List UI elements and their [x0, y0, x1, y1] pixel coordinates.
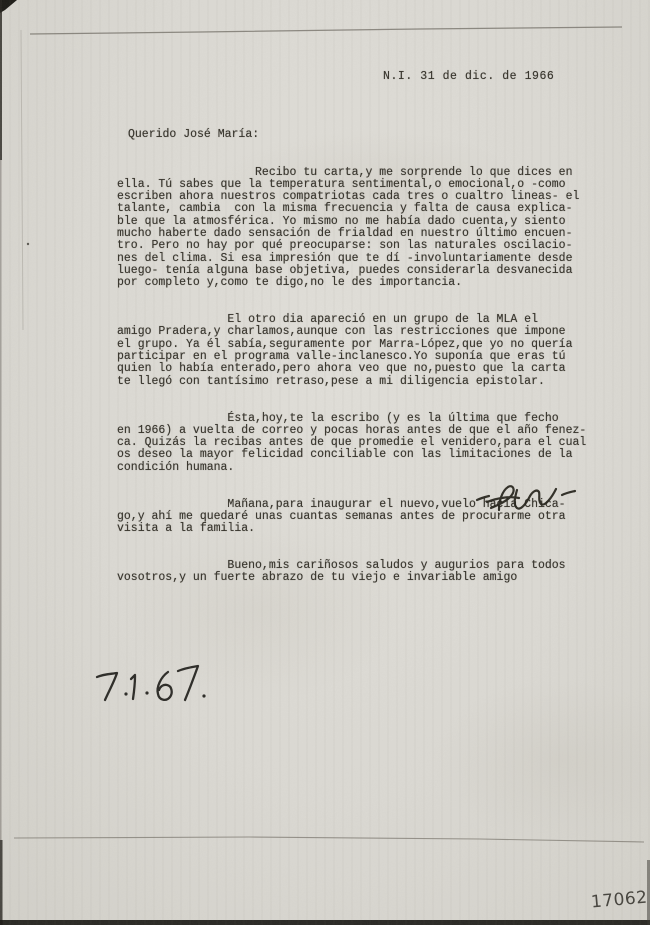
top-left-corner-mark	[0, 0, 17, 13]
letter-dateline: N.I. 31 de dic. de 1966	[383, 71, 554, 83]
letter-paragraph-2: El otro dia apareció en un grupo de la M…	[117, 314, 586, 388]
paper-stain	[430, 680, 650, 840]
handwritten-date-strokes	[90, 660, 215, 708]
dot	[124, 692, 127, 695]
letter-paragraph-5: Bueno,mis cariñosos saludos y augurios p…	[117, 560, 586, 585]
digit-7-stroke	[178, 666, 198, 700]
digit-7-stroke	[97, 673, 117, 700]
digit-1-stroke	[131, 675, 135, 699]
left-edge-shadow	[0, 840, 3, 925]
dot	[202, 694, 205, 697]
digit-6-stroke	[158, 672, 172, 700]
letter-body: Recibo tu carta,y me sorprende lo que di…	[117, 142, 586, 609]
letter-paragraph-3: Ésta,hoy,te la escribo (y es la última q…	[117, 413, 586, 474]
letter-salutation: Querido José María:	[128, 129, 259, 141]
dust-speck	[27, 243, 29, 245]
letter-paragraph-4: Mañana,para inaugurar el nuevo,vuelo hac…	[117, 499, 586, 536]
left-fold-line	[21, 30, 23, 330]
letter-paragraph-1: Recibo tu carta,y me sorprende lo que di…	[117, 167, 586, 290]
dot	[145, 691, 148, 694]
archive-number: 17062	[590, 888, 648, 913]
bottom-crease-line	[14, 837, 644, 842]
top-crease-line	[30, 27, 622, 34]
left-edge-shadow	[0, 0, 2, 160]
scanned-letter-page: N.I. 31 de dic. de 1966 Querido José Mar…	[0, 0, 650, 925]
bottom-edge-shadow	[0, 920, 650, 925]
left-edge-shadow	[0, 160, 2, 840]
